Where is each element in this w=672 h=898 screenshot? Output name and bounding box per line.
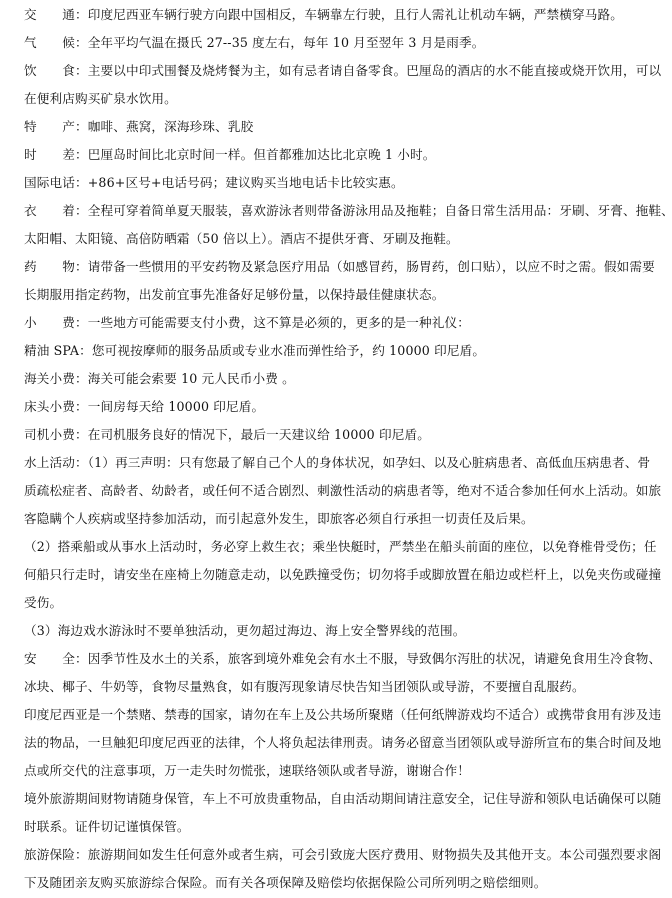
text-line-climate: 气 候：全年平均气温在摄氏 27--35 度左右，每年 10 月至翌年 3 月是… (24, 35, 664, 51)
text-line-law: 印度尼西亚是一个禁赌、禁毒的国家，请勿在车上及公共场所聚赌（任何纸牌游戏均不适合… (24, 707, 664, 723)
text-line-driver-tip: 司机小费：在司机服务良好的情况下，最后一天建议给 10000 印尼盾。 (24, 427, 664, 443)
text-line-clothing: 衣 着：全程可穿着简单夏天服装，喜欢游泳者则带备游泳用品及拖鞋；自备日常生活用品… (24, 203, 664, 219)
text-line-medicine-cont: 长期服用指定药物，出发前宜事先准备好足够份量，以保持最佳健康状态。 (24, 287, 664, 303)
text-line-water-activities-2b: 何船只行走时，请安坐在座椅上勿随意走动，以免跌撞受伤；切勿将手或脚放置在船边或栏… (24, 567, 664, 583)
text-line-food: 饮 食：主要以中印式围餐及烧烤餐为主，如有忌者请自备零食。巴厘岛的酒店的水不能直… (24, 63, 664, 79)
text-line-insurance-cont: 下及随团亲友购买旅游综合保险。而有关各项保障及赔偿均依据保险公司所列明之赔偿细则… (24, 875, 664, 891)
text-line-bedside-tip: 床头小费：一间房每天给 10000 印尼盾。 (24, 399, 664, 415)
text-line-law-b: 法的物品，一旦触犯印度尼西亚的法律，个人将负起法律刑责。请务必留意当团领队或导游… (24, 735, 664, 751)
text-line-customs-tip: 海关小费：海关可能会索要 10 元人民币小费 。 (24, 371, 664, 387)
text-line-safety: 安 全：因季节性及水土的关系，旅客到境外难免会有水土不服，导致偶尔泻肚的状况，请… (24, 651, 664, 667)
text-line-clothing-cont: 太阳帽、太阳镜、高倍防晒霜（50 倍以上）。酒店不提供牙膏、牙刷及拖鞋。 (24, 231, 664, 247)
text-line-water-activities-1b: 质疏松症者、高龄者、幼龄者，或任何不适合剧烈、刺激性活动的病患者等，绝对不适合参… (24, 483, 664, 499)
text-line-spa-tip: 精油 SPA：您可视按摩师的服务品质或专业水准而弹性给予，约 10000 印尼盾… (24, 343, 664, 359)
text-line-water-activities-2c: 受伤。 (24, 595, 664, 611)
text-line-belongings-cont: 时联系。证件切记谨慎保管。 (24, 819, 664, 835)
text-line-water-activities-3: （3）海边戏水游泳时不要单独活动，更勿超过海边、海上安全警界线的范围。 (24, 623, 664, 639)
text-line-safety-cont: 冰块、椰子、牛奶等，食物尽量熟食，如有腹泻现象请尽快告知当团领队或导游，不要擅自… (24, 679, 664, 695)
text-line-water-activities-1: 水上活动：（1）再三声明：只有您最了解自己个人的身体状况，如孕妇、以及心脏病患者… (24, 455, 664, 471)
text-line-time-difference: 时 差：巴厘岛时间比北京时间一样。但首都雅加达比北京晚 1 小时。 (24, 147, 664, 163)
text-line-specialty: 特 产：咖啡、燕窝，深海珍珠、乳胶 (24, 119, 664, 135)
text-line-tips: 小 费：一些地方可能需要支付小费，这不算是必须的，更多的是一种礼仪： (24, 315, 664, 331)
text-line-medicine: 药 物：请带备一些惯用的平安药物及紧急医疗用品（如感冒药，肠胃药，创口贴），以应… (24, 259, 664, 275)
text-line-traffic: 交 通：印度尼西亚车辆行驶方向跟中国相反，车辆靠左行驶，且行人需礼让机动车辆，严… (24, 7, 664, 23)
text-line-insurance: 旅游保险：旅游期间如发生任何意外或者生病，可会引致庞大医疗费用、财物损失及其他开… (24, 847, 664, 863)
text-line-water-activities-1c: 客隐瞒个人疾病或坚持参加活动，而引起意外发生，即旅客必须自行承担一切责任及后果。 (24, 511, 664, 527)
text-line-international-call: 国际电话：+86+区号+电话号码；建议购买当地电话卡比较实惠。 (24, 175, 664, 191)
text-line-law-c: 点或所交代的注意事项，万一走失时勿慌张，速联络领队或者导游，谢谢合作！ (24, 763, 664, 779)
text-line-water-activities-2: （2）搭乘船或从事水上活动时，务必穿上救生衣；乘坐快艇时，严禁坐在船头前面的座位… (24, 539, 664, 555)
text-line-food-cont: 在便利店购买矿泉水饮用。 (24, 91, 664, 107)
text-line-belongings: 境外旅游期间财物请随身保管，车上不可放贵重物品，自由活动期间请注意安全，记住导游… (24, 791, 664, 807)
